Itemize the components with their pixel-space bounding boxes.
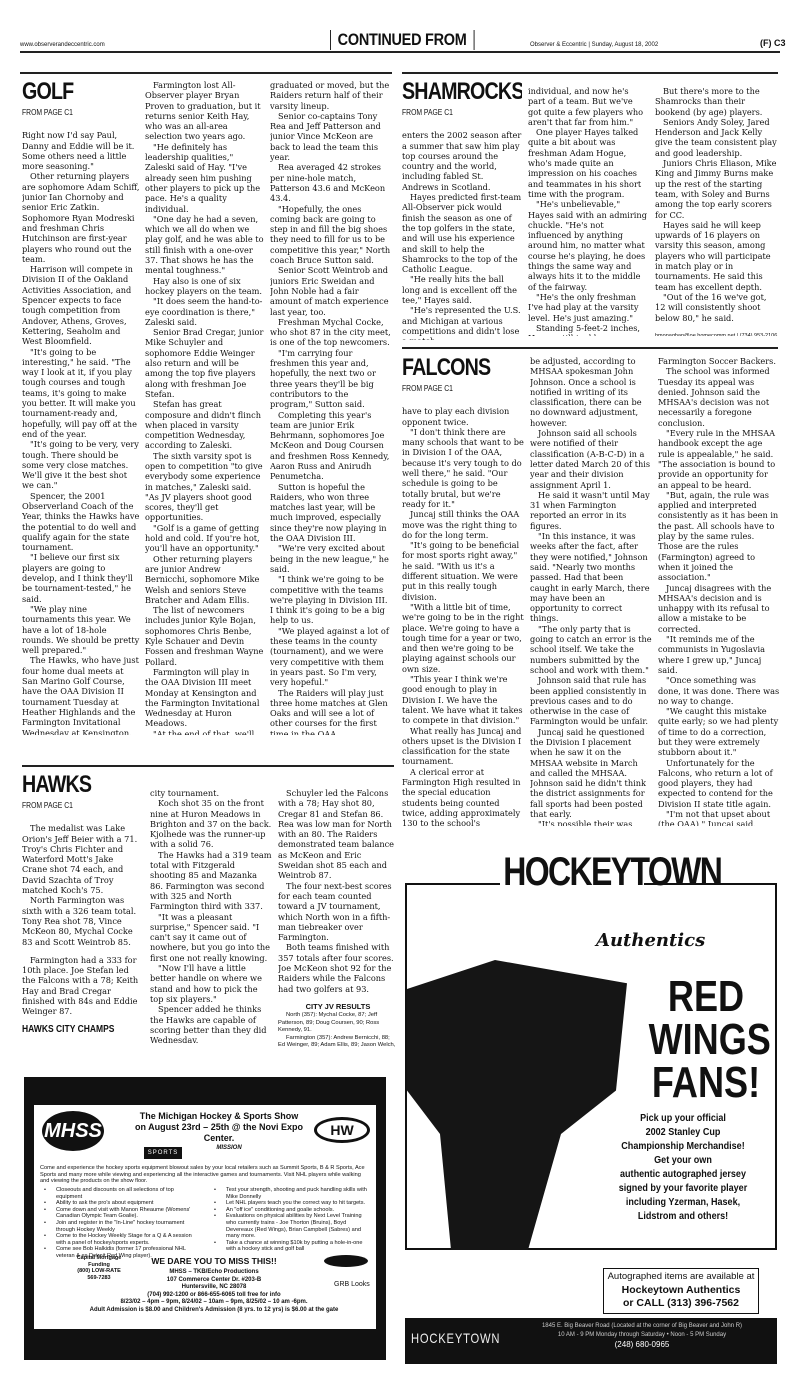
shamrocks-headline: SHAMROCKS bbox=[402, 80, 500, 104]
hawks-top-rule bbox=[22, 765, 394, 767]
hockeytown-footer-logo: HOCKEYTOWN bbox=[411, 1330, 500, 1346]
paragraph: "It's going to be beneficial for most sp… bbox=[402, 540, 524, 602]
footer-phone: (248) 680-0965 bbox=[511, 1340, 773, 1349]
falcons-from-page: FROM PAGE C1 bbox=[402, 384, 506, 394]
paragraph: "I believe our first six players are goi… bbox=[22, 552, 140, 603]
footer-hours: 10 AM - 9 PM Monday through Saturday • N… bbox=[511, 1331, 773, 1340]
sports-logo: SPORTS bbox=[144, 1147, 182, 1159]
paragraph: "Golf is a game of getting hold and cold… bbox=[145, 523, 265, 554]
paragraph: Freshman Mychal Cocke, who shot 87 in th… bbox=[270, 317, 392, 348]
box-phone: or CALL (313) 396-7562 bbox=[623, 1297, 739, 1309]
hw-logo: HW bbox=[314, 1117, 370, 1143]
paragraph: He said it wasn't until May 31 when Farm… bbox=[530, 490, 652, 531]
paragraph: Unfortunately for the Falcons, who retur… bbox=[658, 758, 780, 809]
bullet-item: Let NHL players teach you the correct wa… bbox=[210, 1200, 370, 1207]
paragraph: Both teams finished with 357 totals afte… bbox=[278, 942, 398, 993]
paragraph: "It's going to be very, very tough. Ther… bbox=[22, 439, 140, 490]
paragraph: city tournament. bbox=[150, 788, 272, 798]
paragraph: Sutton is hopeful the Raiders, who won t… bbox=[270, 482, 392, 544]
falcons-headline: FALCONS bbox=[402, 356, 502, 380]
paragraph: "Out of the 16 we've got, 12 will consis… bbox=[655, 292, 778, 323]
golf-column-3: graduated or moved, but the Raiders retu… bbox=[270, 80, 392, 735]
paragraph: Juncaj still thinks the OAA move was the… bbox=[402, 509, 524, 540]
paragraph: "This year I think we're good enough to … bbox=[402, 674, 524, 725]
paragraph: Hayes said he will keep upwards of 16 pl… bbox=[655, 220, 778, 292]
copy-line: including Yzerman, Hasek, bbox=[603, 1195, 763, 1209]
paragraph: "I think we're going to be competitive w… bbox=[270, 574, 392, 625]
bullet-item: An "off ice" conditioning and goalie sch… bbox=[210, 1207, 370, 1214]
paragraph: "It does seem the hand-to-eye coordinati… bbox=[145, 296, 265, 327]
contact-line: MHSS – TKB/Echo Productions bbox=[64, 1269, 364, 1277]
bullet-item: Take a chance at winning $10k by putting… bbox=[210, 1240, 370, 1253]
masthead-rule bbox=[20, 51, 780, 53]
golf-from-page: FROM PAGE C1 bbox=[22, 108, 122, 118]
paragraph: Standing 5-feet-2 inches, Hogue still ta… bbox=[528, 323, 648, 336]
headline-line: RED bbox=[649, 975, 764, 1018]
dare-headline: WE DARE YOU TO MISS THIS!! bbox=[134, 1256, 294, 1266]
paragraph: "I'm not that upset about (the OAA)," Ju… bbox=[658, 809, 780, 826]
subhead-hawks-city-champs: HAWKS CITY CHAMPS bbox=[22, 1025, 122, 1035]
paragraph: individual, and now he's part of a team.… bbox=[528, 86, 648, 127]
paragraph: Juncaj disagrees with the MHSAA's decisi… bbox=[658, 583, 780, 634]
paragraph: "We're very excited about being in the n… bbox=[270, 543, 392, 574]
authentics-wordmark: Authentics bbox=[596, 930, 705, 951]
falcons-top-rule bbox=[402, 347, 778, 349]
shamrocks-column-2: individual, and now he's part of a team.… bbox=[528, 86, 648, 336]
paragraph: The sixth varsity spot is open to compet… bbox=[145, 451, 265, 523]
red-wings-fans-headline: RED WINGS FANS! bbox=[649, 975, 764, 1104]
bullet-item: Test your strength, shooting and puck ha… bbox=[210, 1187, 370, 1200]
paragraph: Seniors Andy Soley, Jared Henderson and … bbox=[655, 117, 778, 158]
paragraph: Hay also is one of six hockey players on… bbox=[145, 276, 265, 297]
paragraph: Right now I'd say Paul, Danny and Eddie … bbox=[22, 130, 140, 171]
paragraph: The Hawks had a 319 team total with Fitz… bbox=[150, 850, 272, 912]
paragraph: "It's possible their was telephone conta… bbox=[530, 819, 652, 826]
page-number: (F) C3 bbox=[760, 38, 786, 48]
paragraph: "With a little bit of time, we're going … bbox=[402, 602, 524, 674]
hawks-from-page: FROM PAGE C1 bbox=[22, 801, 122, 811]
bullet-item: Ability to ask the pro's about equipment bbox=[40, 1200, 200, 1207]
jv-result: Farmington (357): Andrew Bernicchi, 88; … bbox=[278, 1035, 398, 1048]
footer-address: 1845 E. Big Beaver Road (Located at the … bbox=[511, 1322, 773, 1331]
copy-line: Championship Merchandise! bbox=[603, 1139, 763, 1153]
copy-line: 2002 Stanley Cup bbox=[603, 1125, 763, 1139]
mission-logo: MISSION bbox=[204, 1145, 254, 1159]
mhss-right-bullets: Test your strength, shooting and puck ha… bbox=[210, 1187, 370, 1253]
paragraph: A clerical error at Farmington High resu… bbox=[402, 767, 524, 826]
mhss-ad-intro: Come and experience the hockey sports eq… bbox=[40, 1165, 370, 1185]
shamrocks-top-rule bbox=[402, 72, 778, 74]
paragraph: North Farmington was sixth with a 326 te… bbox=[22, 895, 140, 946]
paragraph: Harrison will compete in Division II of … bbox=[22, 264, 140, 346]
paragraph: "Every rule in the MHSAA handbook except… bbox=[658, 428, 780, 490]
copy-line: authentic autographed jersey bbox=[603, 1167, 763, 1181]
paragraph: "We play nine tournaments this year. We … bbox=[22, 604, 140, 655]
paragraph: The school was informed Tuesday its appe… bbox=[658, 366, 780, 428]
paragraph: The Raiders will play just three home ma… bbox=[270, 688, 392, 735]
contact-line: Adult Admission is $8.00 and Children's … bbox=[64, 1307, 364, 1315]
golf-column-2: Farmington lost All-Observer player Brya… bbox=[145, 80, 265, 735]
copy-line: Lidstrom and others! bbox=[603, 1209, 763, 1223]
paragraph: The four next-best scores for each team … bbox=[278, 881, 398, 943]
paragraph: "It's going to be interesting," he said.… bbox=[22, 347, 140, 440]
paragraph: "I don't think there are many schools th… bbox=[402, 427, 524, 509]
section-title: CONTINUED FROM bbox=[330, 30, 474, 50]
paragraph: Farmington Soccer Backers. bbox=[658, 356, 780, 366]
echo-logo bbox=[324, 1255, 368, 1267]
paragraph: Other returning players are junior Andre… bbox=[145, 554, 265, 605]
mhss-ad-title: The Michigan Hockey & Sports Show on Aug… bbox=[134, 1111, 304, 1144]
paragraph: Rea averaged 42 strokes per nine-hole ma… bbox=[270, 162, 392, 203]
shamrocks-column-3: But there's more to the Shamrocks than t… bbox=[655, 86, 778, 336]
contact-line: 8/23/02 – 4pm – 9pm, 8/24/02 – 10am – 9p… bbox=[64, 1299, 364, 1307]
paragraph: Farmington had a 333 for 10th place. Joe… bbox=[22, 955, 140, 1017]
paragraph: But there's more to the Shamrocks than t… bbox=[655, 86, 778, 117]
paragraph: Johnson said that rule has been applied … bbox=[530, 675, 652, 726]
hawks-column-1: HAWKS FROM PAGE C1 The medalist was Lake… bbox=[22, 773, 140, 1043]
capital-mortgage-name: Capital Mortgage Funding bbox=[74, 1255, 124, 1268]
mhss-contact: MHSS – TKB/Echo Productions 107 Commerce… bbox=[64, 1269, 364, 1314]
masthead-url: www.observerandeccentric.com bbox=[20, 42, 105, 48]
paragraph: have to play each division opponent twic… bbox=[402, 406, 524, 427]
headline-line: FANS! bbox=[649, 1061, 764, 1104]
paragraph: Juniors Chris Eliason, Mike King and Jim… bbox=[655, 158, 778, 220]
contact-line: (704) 992-1200 or 866-655-6065 toll free… bbox=[64, 1292, 364, 1300]
paragraph: "In this instance, it was weeks after th… bbox=[530, 531, 652, 624]
paragraph: Senior Brad Cregar, junior Mike Schuyler… bbox=[145, 327, 265, 399]
paragraph: Juncaj said he questioned the Division I… bbox=[530, 727, 652, 820]
mhss-advertisement: MHSS The Michigan Hockey & Sports Show o… bbox=[24, 1077, 386, 1360]
bullet-item: Come to the Hockey Weekly Stage for a Q … bbox=[40, 1233, 200, 1246]
box-line: Hockeytown Authentics bbox=[622, 1284, 741, 1296]
paragraph: be adjusted, according to MHSAA spokesma… bbox=[530, 356, 652, 428]
paragraph: "Once something was done, it was done. T… bbox=[658, 675, 780, 706]
hawks-headline: HAWKS bbox=[22, 773, 119, 797]
bullet-item: Come down and visit with Manon Rheaume (… bbox=[40, 1207, 200, 1220]
masthead-dateline: Observer & Eccentric | Sunday, August 18… bbox=[530, 42, 658, 48]
jv-results-title: CITY JV RESULTS bbox=[278, 1002, 398, 1012]
paragraph: "It was a pleasant surprise," Spencer sa… bbox=[150, 912, 272, 963]
shamrocks-column-1: SHAMROCKS FROM PAGE C1 enters the 2002 s… bbox=[402, 80, 522, 340]
autographed-items-box: Autographed items are available at Hocke… bbox=[603, 1268, 759, 1314]
box-line: Autographed items are available at bbox=[606, 1271, 756, 1284]
paragraph: "I'm carrying four freshmen this year an… bbox=[270, 348, 392, 410]
copy-line: signed by your favorite player bbox=[603, 1181, 763, 1195]
golf-headline: GOLF bbox=[22, 80, 119, 104]
paragraph: Schuyler led the Falcons with a 78; Hay … bbox=[278, 788, 398, 881]
shamrocks-from-page: FROM PAGE C1 bbox=[402, 108, 504, 118]
paragraph: What really has Juncaj and others upset … bbox=[402, 726, 524, 767]
falcons-column-2: be adjusted, according to MHSAA spokesma… bbox=[530, 356, 652, 826]
paragraph: Spencer, the 2001 Observerland Coach of … bbox=[22, 491, 140, 553]
paragraph: enters the 2002 season after a summer th… bbox=[402, 130, 522, 192]
paragraph: Farmington lost All-Observer player Brya… bbox=[145, 80, 265, 142]
paragraph: "It reminds me of the communists in Yugo… bbox=[658, 634, 780, 675]
mhss-logo: MHSS bbox=[42, 1111, 104, 1151]
mhss-left-bullets: Closeouts and discounts on all selection… bbox=[40, 1187, 200, 1260]
golf-top-rule bbox=[20, 72, 392, 74]
copy-line: Get your own bbox=[603, 1153, 763, 1167]
hockeytown-footer-bar: HOCKEYTOWN 1845 E. Big Beaver Road (Loca… bbox=[405, 1318, 777, 1364]
paragraph: Senior co-captains Tony Rea and Jeff Pat… bbox=[270, 111, 392, 162]
paragraph: Stefan has great composure and didn't fl… bbox=[145, 399, 265, 450]
golf-column-1: GOLF FROM PAGE C1 Right now I'd say Paul… bbox=[22, 80, 140, 735]
paragraph: "The only party that is going to catch a… bbox=[530, 624, 652, 675]
shamrocks-byline: bmonaghan@oe.homecomm.net | (734) 953-21… bbox=[655, 331, 778, 336]
copy-line: Pick up your official bbox=[603, 1111, 763, 1125]
hockeytown-logo: HOCKEYTOWN bbox=[500, 850, 644, 895]
paragraph: Johnson said all schools were notified o… bbox=[530, 428, 652, 490]
hockeytown-ad-copy: Pick up your official 2002 Stanley Cup C… bbox=[603, 1111, 763, 1223]
contact-line: 107 Commerce Center Dr. #203-B bbox=[64, 1277, 364, 1285]
hockeytown-footer-info: 1845 E. Big Beaver Road (Located at the … bbox=[511, 1322, 773, 1349]
paragraph: "But, again, the rule was applied and in… bbox=[658, 490, 780, 583]
paragraph: "He's unbelievable," Hayes said with an … bbox=[528, 199, 648, 292]
paragraph: Senior Scott Weintrob and juniors Eric S… bbox=[270, 265, 392, 316]
paragraph: The medalist was Lake Orion's Jeff Beier… bbox=[22, 823, 140, 895]
paragraph: Hayes predicted first-team All-Observer … bbox=[402, 192, 522, 274]
paragraph: "Hopefully, the ones coming back are goi… bbox=[270, 204, 392, 266]
paragraph: One player Hayes talked quite a bit abou… bbox=[528, 127, 648, 199]
paragraph: "One day he had a seven, which we all do… bbox=[145, 214, 265, 276]
jv-result: North (357): Mychal Cocke, 87; Jeff Patt… bbox=[278, 1012, 398, 1035]
paragraph: "Now I'll have a little better handle on… bbox=[150, 963, 272, 1004]
paragraph: "At the end of that, we'll know what we … bbox=[145, 729, 265, 735]
falcons-column-1: FALCONS FROM PAGE C1 have to play each d… bbox=[402, 356, 524, 826]
paragraph: The list of newcomers includes junior Ky… bbox=[145, 605, 265, 667]
paragraph: "He definitely has leadership qualities,… bbox=[145, 142, 265, 214]
falcons-column-3: Farmington Soccer Backers. The school wa… bbox=[658, 356, 780, 826]
paragraph: The Hawks, who have just four home dual … bbox=[22, 655, 140, 735]
paragraph: "He's the only freshman I've had play at… bbox=[528, 292, 648, 323]
bullet-item: Closeouts and discounts on all selection… bbox=[40, 1187, 200, 1200]
paragraph: "He really hits the ball long and is exc… bbox=[402, 274, 522, 305]
hawks-column-2: city tournament. Koch shot 35 on the fro… bbox=[150, 788, 272, 1043]
paragraph: Completing this year's team are junior E… bbox=[270, 410, 392, 482]
bullet-item: Join and register in the "In-Line" hocke… bbox=[40, 1220, 200, 1233]
paragraph: graduated or moved, but the Raiders retu… bbox=[270, 80, 392, 111]
paragraph: "He's represented the U.S. and Michigan … bbox=[402, 305, 522, 340]
paragraph: "We played against a lot of these teams … bbox=[270, 626, 392, 688]
paragraph: Spencer added he thinks the Hawks are ca… bbox=[150, 1004, 272, 1043]
paragraph: Koch shot 35 on the front nine at Huron … bbox=[150, 798, 272, 849]
bullet-item: Evaluations on physical abilities by Nex… bbox=[210, 1213, 370, 1239]
paragraph: Farmington will play in the OAA Division… bbox=[145, 667, 265, 729]
headline-line: WINGS bbox=[649, 1018, 764, 1061]
hawks-column-3: Schuyler led the Falcons with a 78; Hay … bbox=[278, 788, 398, 1048]
paragraph: "We caught this mistake quite early; so … bbox=[658, 706, 780, 757]
paragraph: Other returning players are sophomore Ad… bbox=[22, 171, 140, 264]
contact-line: Huntersville, NC 28078 bbox=[64, 1284, 364, 1292]
